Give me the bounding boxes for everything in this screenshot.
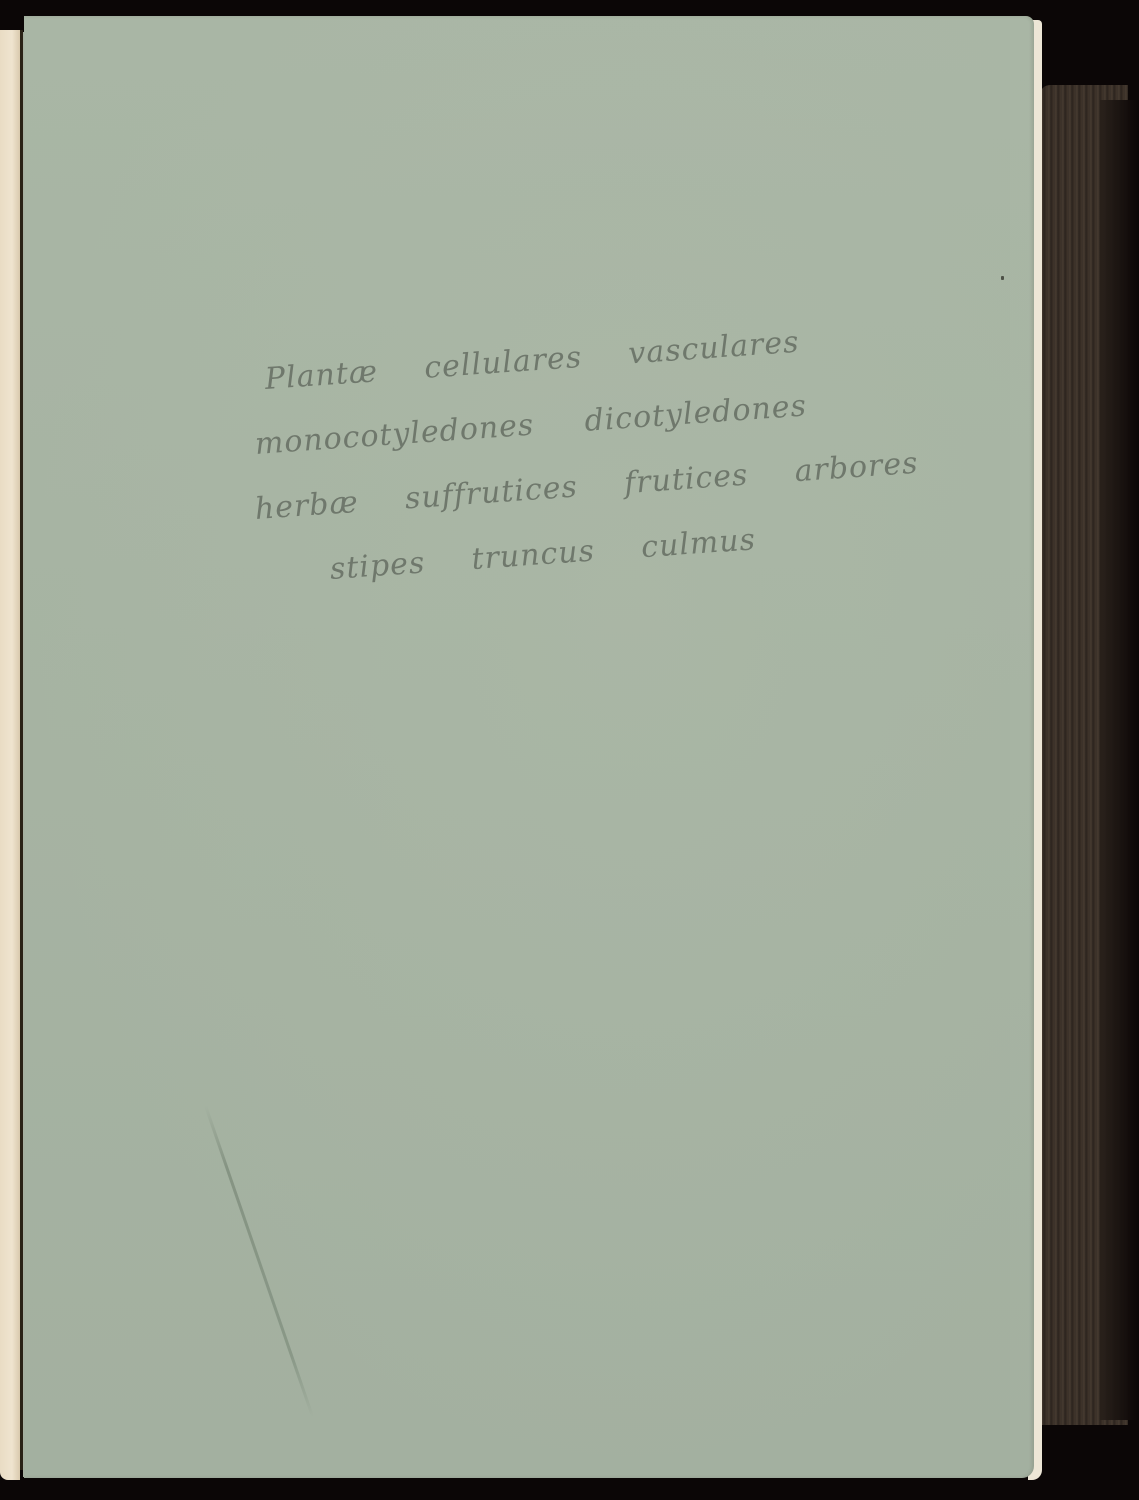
handwritten-word: arbores (794, 449, 920, 488)
handwritten-word: stipes (329, 548, 426, 585)
handwritten-word: truncus (471, 537, 596, 576)
page-edges-shadow (1100, 100, 1139, 1420)
left-facing-page-edge (0, 30, 20, 1480)
handwritten-word: Plantæ (264, 357, 379, 395)
handwritten-word: herbæ (254, 488, 360, 525)
handwritten-word: frutices (623, 461, 749, 500)
ink-speck (1001, 276, 1004, 280)
handwritten-word: culmus (640, 525, 757, 563)
paper-crease (204, 1105, 314, 1418)
manuscript-page (24, 16, 1034, 1478)
